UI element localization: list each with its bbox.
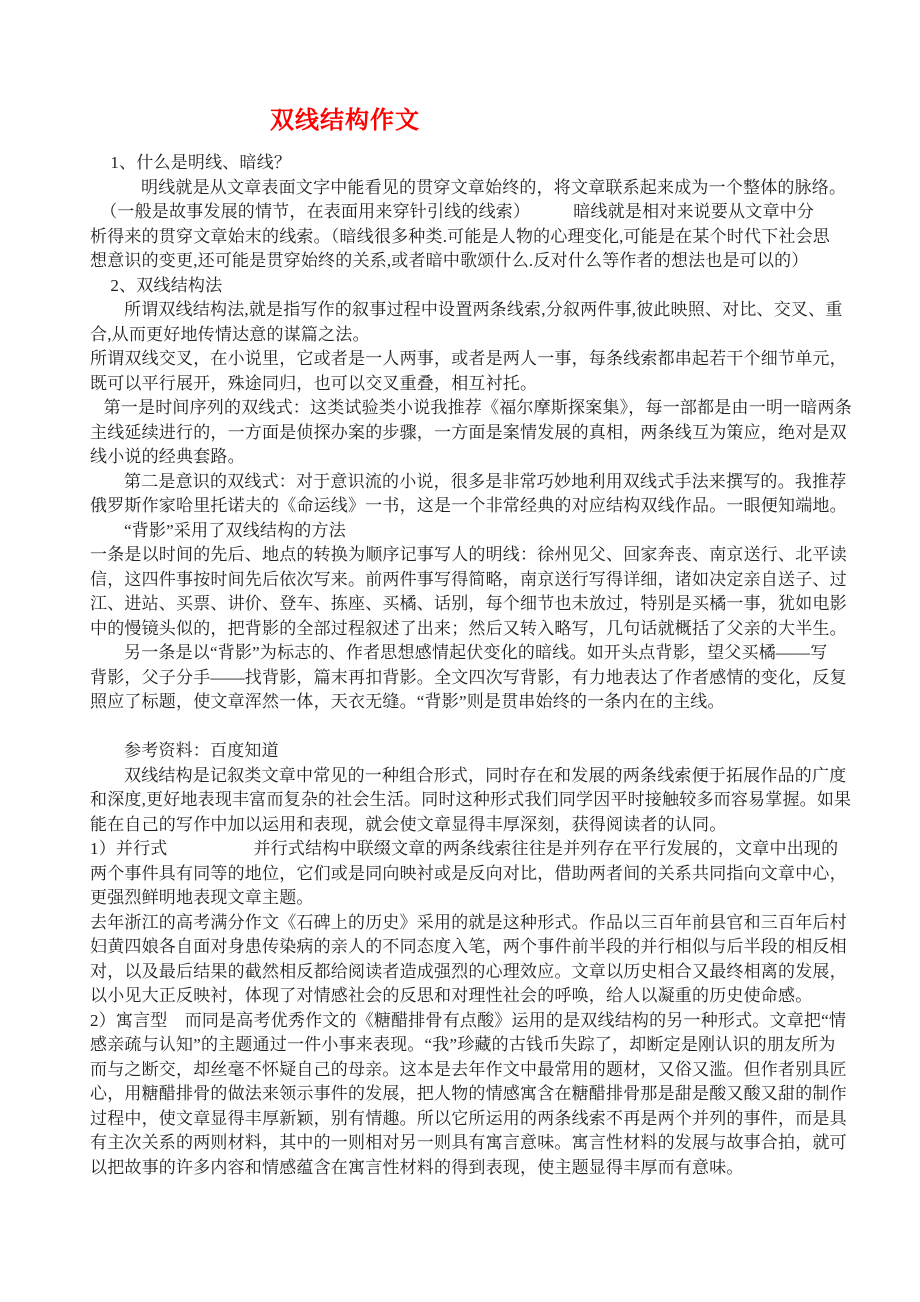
text-line: 妇黄四娘各自面对身患传染病的亲人的不同态度入笔，两个事件前半段的并行相似与后半段…: [90, 935, 880, 960]
text-line: 能在自己的写作中加以运用和表现，就会使文章显得丰厚深刻，获得阅读者的认同。: [90, 813, 880, 838]
text-line: 以把故事的许多内容和情感蕴含在寓言性材料的得到表现，使主题显得丰厚而有意味。: [90, 1156, 880, 1181]
text-line: 所谓双线交叉，在小说里，它或者是一人两事，或者是两人一事，每条线索都串起若干个细…: [90, 347, 880, 372]
text-line: [90, 715, 880, 740]
text-line: 主线延续进行的，一方面是侦探办案的步骤，一方面是案情发展的真相，两条线互为策应，…: [90, 421, 880, 446]
text-line: 更强烈鲜明地表现文章主题。: [90, 886, 880, 911]
text-line: 想意识的变更,还可能是贯穿始终的关系,或者暗中歌颂什么.反对什么等作者的想法也是…: [90, 249, 880, 274]
text-line: 信，这四件事按时间先后依次写来。前两件事写得简略，南京送行写得详细，诸如决定亲自…: [90, 568, 880, 593]
text-line: 中的慢镜头似的，把背影的全部过程叙述了出来；然后又转入略写，几句话就概括了父亲的…: [90, 617, 880, 642]
text-line: 照应了标题，使文章浑然一体，天衣无缝。“背影”则是贯串始终的一条内在的主线。: [90, 690, 880, 715]
text-line: “背影”采用了双线结构的方法: [90, 519, 880, 544]
text-line: 江、进站、买票、讲价、登车、拣座、买橘、话别，每个细节也未放过，特别是买橘一事，…: [90, 592, 880, 617]
page-title: 双线结构作文: [270, 106, 420, 136]
text-line: 有主次关系的两则材料，其中的一则相对另一则具有寓言意味。寓言性材料的发展与故事合…: [90, 1131, 880, 1156]
document-body: 1、什么是明线、暗线？明线就是从文章表面文字中能看见的贯穿文章始终的，将文章联系…: [90, 151, 880, 1180]
text-line: 对，以及最后结果的截然相反都给阅读者造成强烈的心理效应。文章以历史相合又最终相离…: [90, 960, 880, 985]
text-line: 析得来的贯穿文章始末的线索。（暗线很多种类.可能是人物的心理变化,可能是在某个时…: [90, 225, 880, 250]
text-line: 第二是意识的双线式：对于意识流的小说，很多是非常巧妙地利用双线式手法来撰写的。我…: [90, 470, 880, 495]
text-line: 合,从而更好地传情达意的谋篇之法。: [90, 323, 880, 348]
text-line: 感亲疏与认知”的主题通过一件小事来表现。“我”珍藏的古钱币失踪了，却断定是刚认识…: [90, 1033, 880, 1058]
text-line: 既可以平行展开，殊途同归，也可以交叉重叠，相互衬托。: [90, 372, 880, 397]
text-line: 以小见大正反映衬，体现了对情感社会的反思和对理性社会的呼唤，给人以凝重的历史使命…: [90, 984, 880, 1009]
text-line: 1）并行式 并行式结构中联缀文章的两条线索往往是并列存在平行发展的，文章中出现的: [90, 837, 880, 862]
text-line: 过程中，使文章显得丰厚新颖，别有情趣。所以它所运用的两条线索不再是两个并列的事件…: [90, 1107, 880, 1132]
text-line: 明线就是从文章表面文字中能看见的贯穿文章始终的，将文章联系起来成为一个整体的脉络…: [90, 176, 880, 201]
text-line: 一条是以时间的先后、地点的转换为顺序记事写人的明线：徐州见父、回家奔丧、南京送行…: [90, 543, 880, 568]
text-line: 双线结构是记叙类文章中常见的一种组合形式，同时存在和发展的两条线索便于拓展作品的…: [90, 764, 880, 789]
text-line: 而与之断交，却丝毫不怀疑自己的母亲。这本是去年作文中最常用的题材，又俗又滥。但作…: [90, 1058, 880, 1083]
text-line: 1、什么是明线、暗线？: [90, 151, 880, 176]
text-line: 背影，父子分手——找背影，篇末再扣背影。全文四次写背影，有力地表达了作者感情的变…: [90, 666, 880, 691]
text-line: 2、双线结构法: [90, 274, 880, 299]
text-line: 心，用糖醋排骨的做法来领示事件的发展，把人物的情感寓含在糖醋排骨那是甜是酸又酸又…: [90, 1082, 880, 1107]
text-line: 两个事件具有同等的地位，它们或是同向映衬或是反向对比，借助两者间的关系共同指向文…: [90, 862, 880, 887]
text-line: 所谓双线结构法,就是指写作的叙事过程中设置两条线索,分叙两件事,彼此映照、对比、…: [90, 298, 880, 323]
text-line: 另一条是以“背影”为标志的、作者思想感情起伏变化的暗线。如开头点背影，望父买橘—…: [90, 641, 880, 666]
document-page: 双线结构作文 1、什么是明线、暗线？明线就是从文章表面文字中能看见的贯穿文章始终…: [0, 0, 920, 1302]
text-line: 2）寓言型 而同是高考优秀作文的《糖醋排骨有点酸》运用的是双线结构的另一种形式。…: [90, 1009, 880, 1034]
text-line: 线小说的经典套路。: [90, 445, 880, 470]
text-line: 俄罗斯作家哈里托诺夫的《命运线》一书，这是一个非常经典的对应结构双线作品。一眼便…: [90, 494, 880, 519]
text-line: 去年浙江的高考满分作文《石碑上的历史》采用的就是这种形式。作品以三百年前县官和三…: [90, 911, 880, 936]
text-line: （一般是故事发展的情节，在表面用来穿针引线的线索） 暗线就是相对来说要从文章中分: [90, 200, 880, 225]
text-line: 参考资料：百度知道: [90, 739, 880, 764]
text-line: 第一是时间序列的双线式：这类试验类小说我推荐《福尔摩斯探案集》，每一部都是由一明…: [90, 396, 880, 421]
text-line: 和深度,更好地表现丰富而复杂的社会生活。同时这种形式我们同学因平时接触较多而容易…: [90, 788, 880, 813]
